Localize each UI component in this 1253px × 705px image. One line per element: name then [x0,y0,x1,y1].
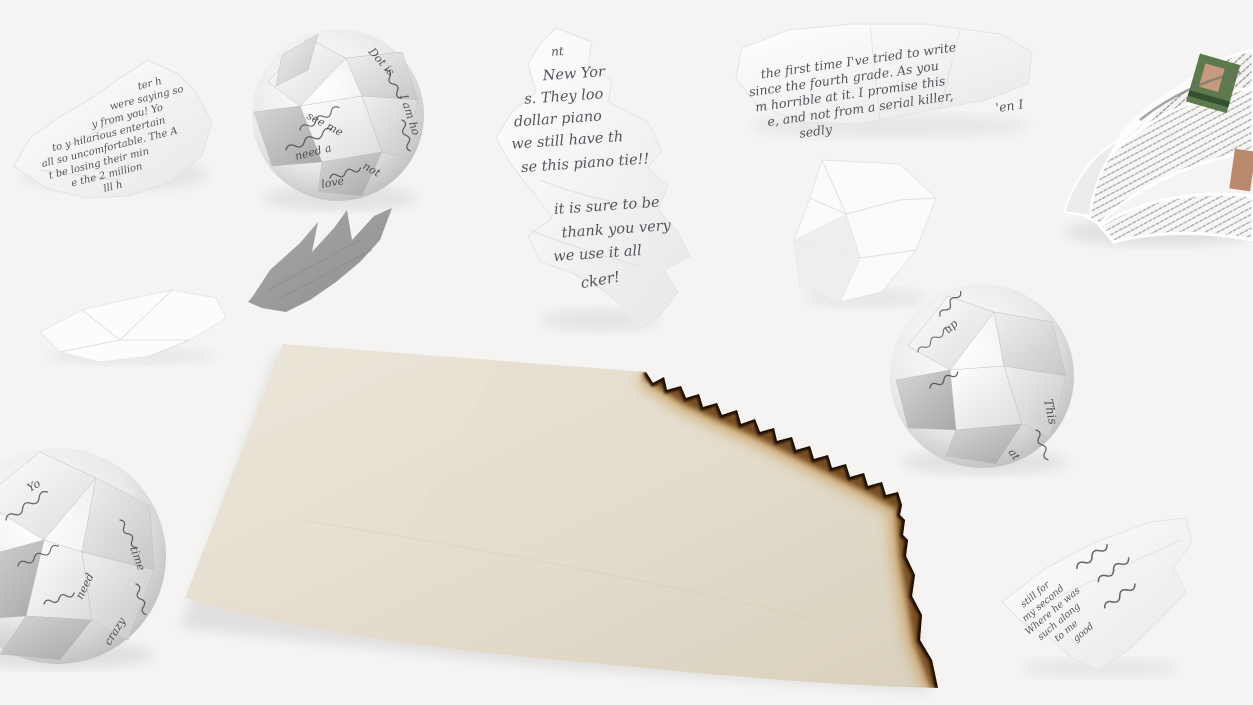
handwriting-line: nt [551,44,565,59]
newspaper [1064,50,1253,246]
top-left-note: ter h were saying so y from you! Yo to y… [14,60,212,208]
paper-collection-render: ter h were saying so y from you! Yo to y… [0,0,1253,705]
top-right-note: the first time I've tried to write since… [736,24,1032,149]
gray-torn-scrap [248,208,392,312]
bottom-right-note: still for my second Where he was such al… [1002,518,1192,678]
crumpled-shape [40,290,226,362]
right-crumpled-ball: up This at [890,284,1074,475]
small-flat-scrap [40,290,226,364]
torn-scrap-shape [248,208,392,312]
center-note: nt New Yor s. They loo dollar piano we s… [496,28,690,332]
render-canvas: ter h were saying so y from you! Yo to y… [0,0,1253,705]
bottom-left-crumpled-ball: need crazy time Yo [0,448,166,669]
plain-crumpled-piece [794,160,936,308]
handwriting-line: 'en I [995,96,1026,115]
top-crumpled-ball: Dot is see me I am ho need a love not [252,29,424,211]
burnt-sheet [180,344,938,692]
